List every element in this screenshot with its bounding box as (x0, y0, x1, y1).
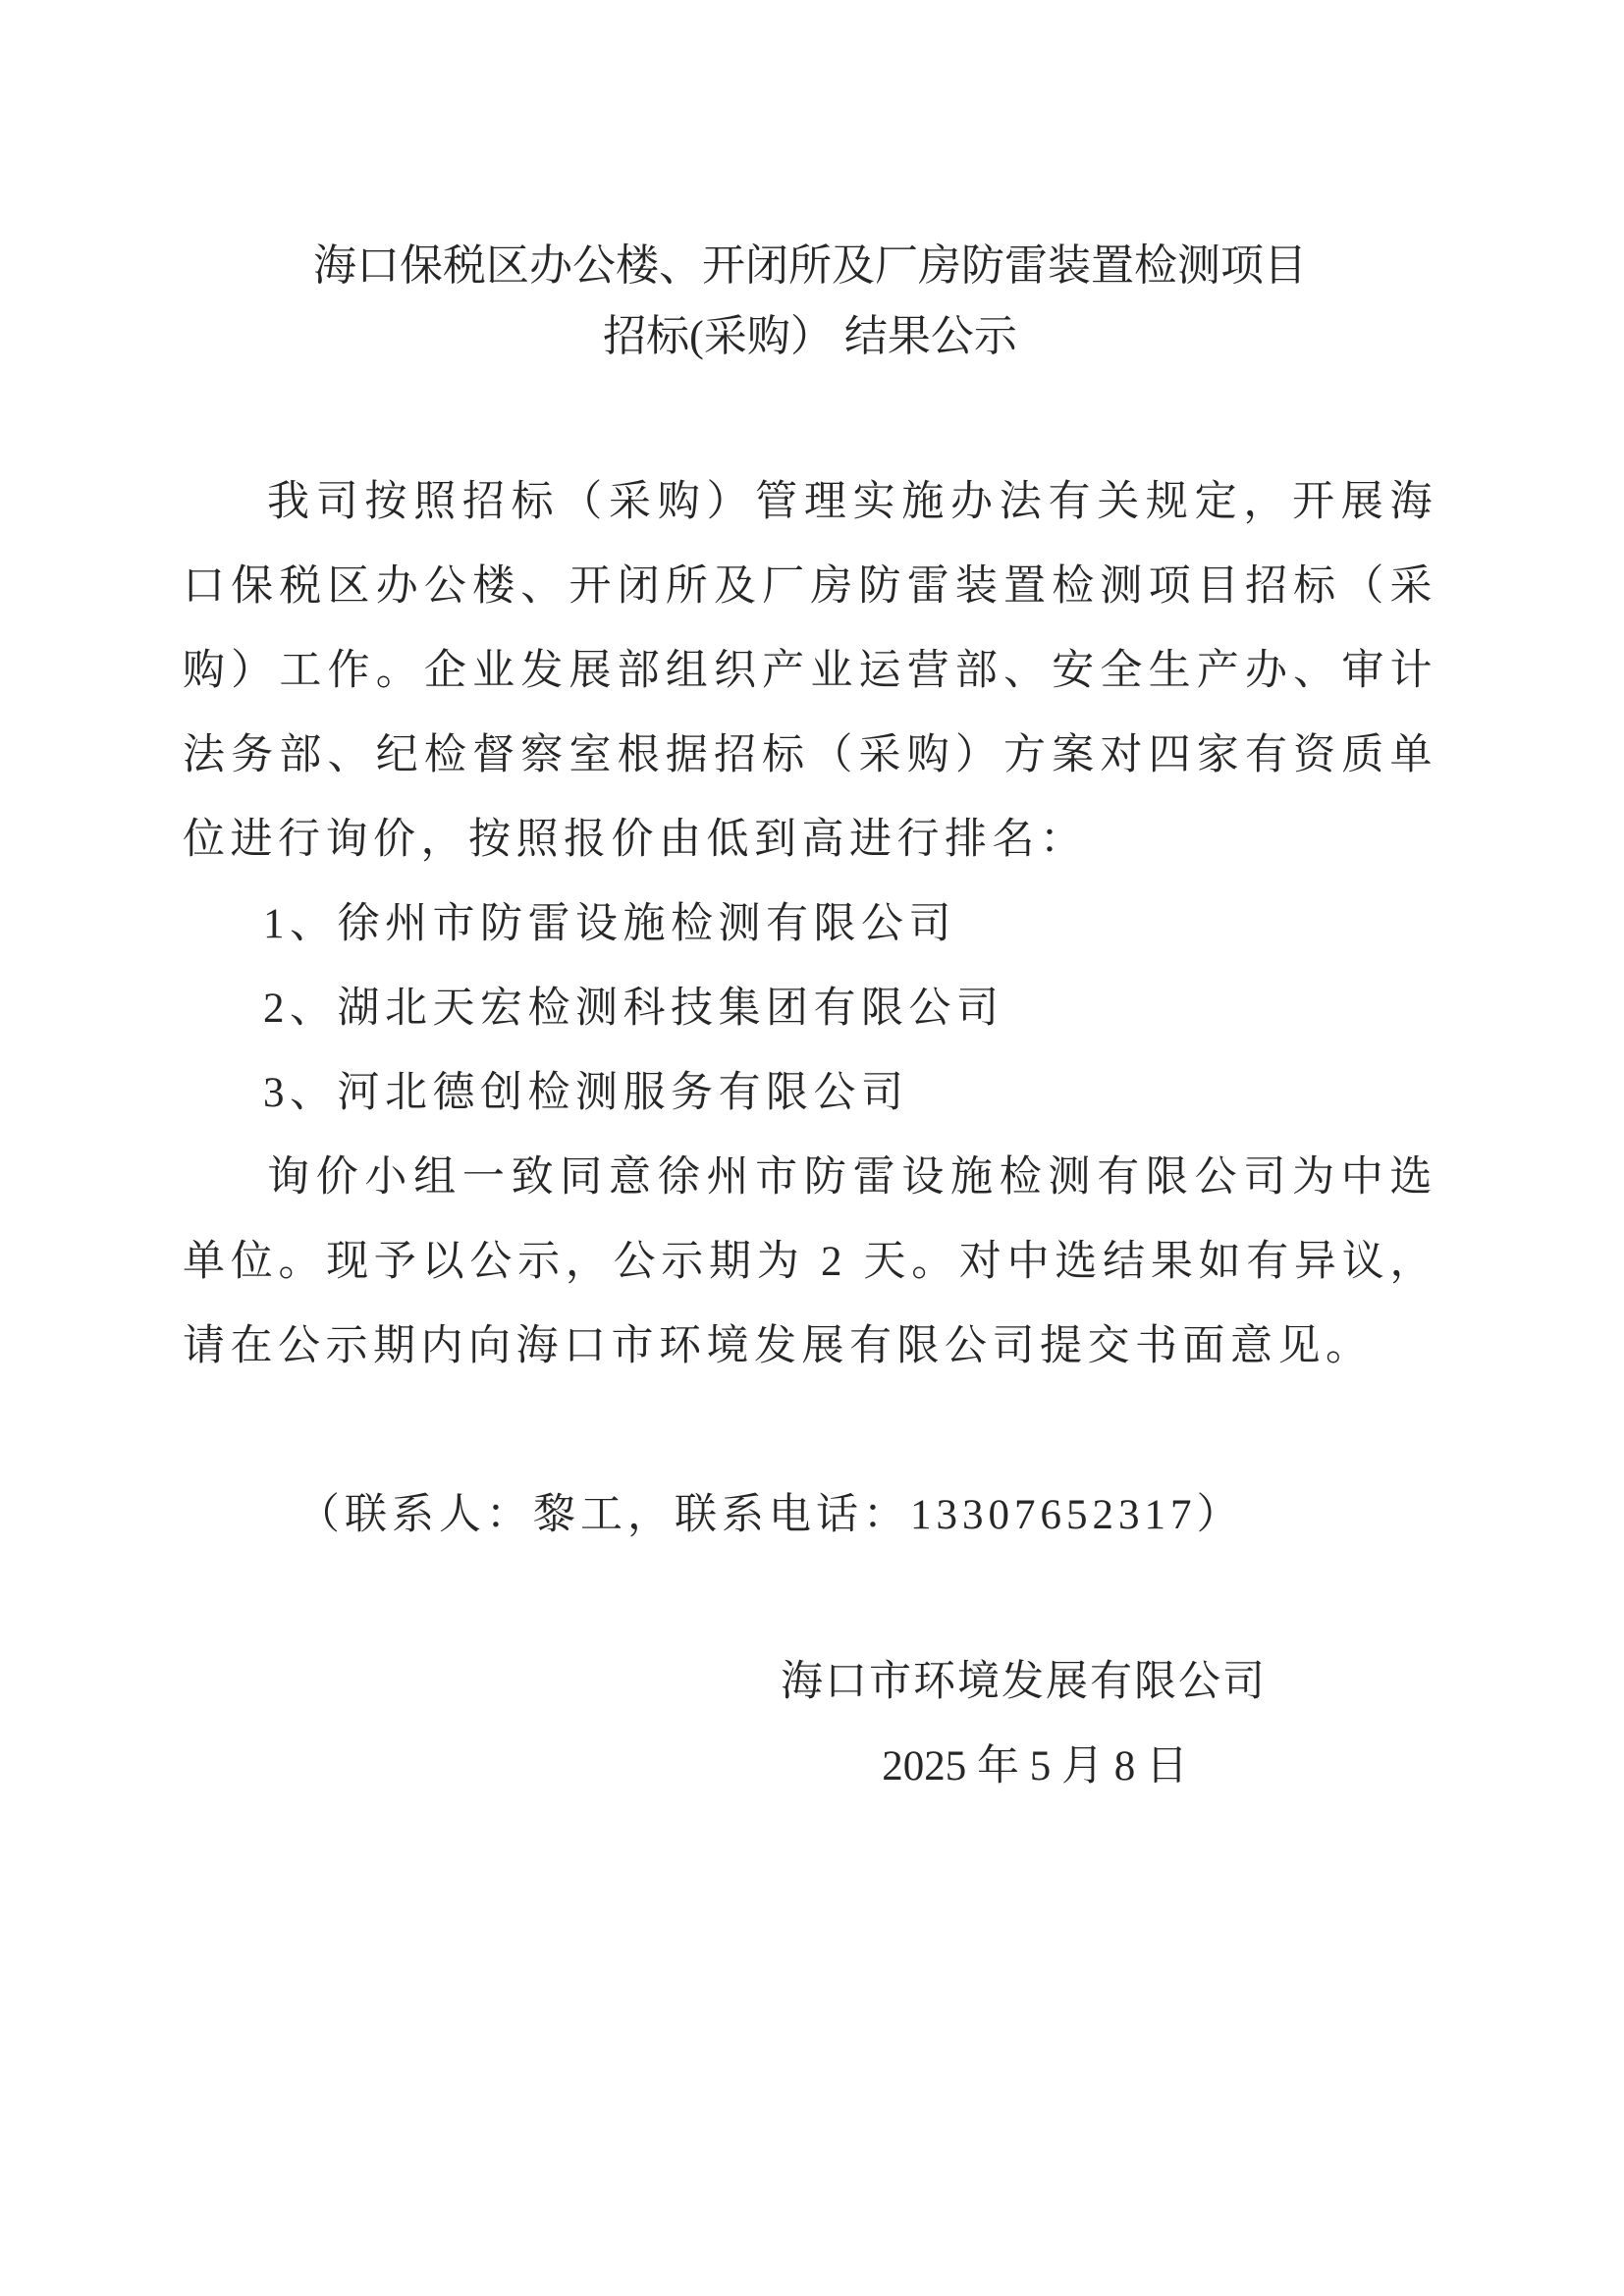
ranking-item-1: 1、徐州市防雷设施检测有限公司 (183, 882, 1437, 967)
ranking-list: 1、徐州市防雷设施检测有限公司 2、湖北天宏检测科技集团有限公司 3、河北德创检… (183, 882, 1437, 1136)
contact-info: （联系人：黎工，联系电话：13307652317） (183, 1473, 1437, 1558)
document-title-line2: 招标(采购） 结果公示 (183, 301, 1437, 372)
document-page: 海口保税区办公楼、开闭所及厂房防雷装置检测项目 招标(采购） 结果公示 我司按照… (0, 0, 1624, 2296)
intro-paragraph: 我司按照招标（采购）管理实施办法有关规定，开展海口保税区办公楼、开闭所及厂房防雷… (183, 460, 1437, 882)
title-body-spacer (183, 372, 1437, 460)
signature-date: 2025 年 5 月 8 日 (183, 1725, 1437, 1809)
document-title-line1: 海口保税区办公楼、开闭所及厂房防雷装置检测项目 (183, 231, 1437, 301)
signature-company: 海口市环境发展有限公司 (183, 1640, 1437, 1725)
signature-block: 海口市环境发展有限公司 2025 年 5 月 8 日 (183, 1640, 1437, 1809)
ranking-item-2: 2、湖北天宏检测科技集团有限公司 (183, 967, 1437, 1051)
result-paragraph: 询价小组一致同意徐州市防雷设施检测有限公司为中选单位。现予以公示，公示期为 2 … (183, 1136, 1437, 1389)
ranking-item-3: 3、河北德创检测服务有限公司 (183, 1051, 1437, 1136)
